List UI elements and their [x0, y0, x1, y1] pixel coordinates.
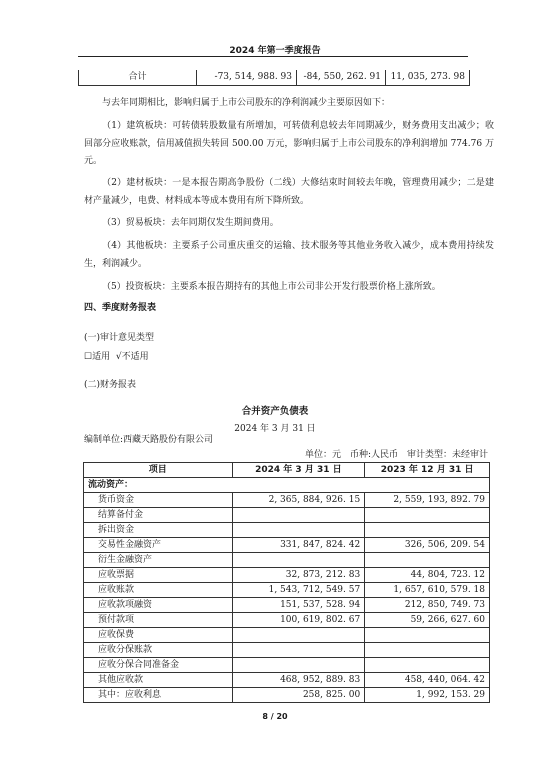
- row-prior: 59, 266, 627. 60: [365, 613, 490, 628]
- row-item: 衍生金融资产: [84, 553, 233, 568]
- row-prior: [365, 658, 490, 673]
- row-item: 应收款项融资: [84, 598, 233, 613]
- subsection-financial-statements: (二)财务报表: [84, 379, 136, 392]
- analysis-item-other: （4）其他板块：主要系子公司重庆重交的运输、技术服务等其他业务收入减少，成本费用…: [84, 238, 494, 273]
- page-number: 8 / 20: [0, 712, 550, 721]
- analysis-item-investment: （5）投资板块：主要系本报告期持有的其他上市公司非公开发行股票价格上涨所致。: [84, 279, 494, 297]
- analysis-intro: 与去年同期相比，影响归属于上市公司股东的净利润减少主要原因如下：: [84, 95, 494, 113]
- row-item: 拆出资金: [84, 523, 233, 538]
- section-row-current-assets: 流动资产：: [84, 478, 490, 493]
- table-row: 应收分保合同准备金: [84, 658, 490, 673]
- analysis-item-materials: （2）建材板块：一是本报告期高争股份（二线）大修结束时间较去年晚，管理费用减少；…: [84, 175, 494, 210]
- balance-sheet-date: 2024 年 3 月 31 日: [0, 421, 550, 434]
- row-item: 应收分保合同准备金: [84, 658, 233, 673]
- table-row: 货币资金2, 365, 884, 926. 152, 559, 193, 892…: [84, 493, 490, 508]
- row-prior: [365, 553, 490, 568]
- table-row: 拆出资金: [84, 523, 490, 538]
- section-label: 流动资产：: [84, 478, 490, 493]
- row-current: 151, 537, 528. 94: [232, 598, 365, 613]
- row-prior: 1, 657, 610, 579. 18: [365, 583, 490, 598]
- preparer-line: 编制单位:西藏天路股份有限公司: [84, 434, 213, 447]
- summary-total-row: 合计 -73, 514, 988. 93 -84, 550, 262. 91 1…: [78, 70, 470, 86]
- analysis-item-trade: （3）贸易板块：去年同期仅发生期间费用。: [84, 215, 494, 233]
- table-row: 应收账款1, 543, 712, 549. 571, 657, 610, 579…: [84, 583, 490, 598]
- option-not-applicable: 不适用: [122, 352, 149, 362]
- row-current: [232, 523, 365, 538]
- row-prior: 1, 992, 153. 29: [365, 688, 490, 703]
- section-heading-financial-statements: 四、季度财务报表: [84, 302, 156, 315]
- table-header-row: 项目 2024 年 3 月 31 日 2023 年 12 月 31 日: [84, 463, 490, 478]
- table-row: 其他应收款468, 952, 889. 83458, 440, 064. 42: [84, 673, 490, 688]
- analysis-item-construction: （1）建筑板块：可转债转股数量有所增加，可转债利息较去年同期减少，财务费用支出减…: [84, 118, 494, 171]
- table-row: 交易性金融资产331, 847, 824. 42326, 506, 209. 5…: [84, 538, 490, 553]
- row-item: 预付款项: [84, 613, 233, 628]
- row-prior: 458, 440, 064. 42: [365, 673, 490, 688]
- row-prior: [365, 628, 490, 643]
- checkbox-unchecked-icon: ☐: [84, 352, 92, 362]
- row-item: 应收账款: [84, 583, 233, 598]
- row-current: 1, 543, 712, 549. 57: [232, 583, 365, 598]
- row-item: 货币资金: [84, 493, 233, 508]
- subsection-audit-opinion: (一)审计意见类型: [84, 332, 154, 345]
- row-item: 交易性金融资产: [84, 538, 233, 553]
- row-current: 100, 619, 802. 67: [232, 613, 365, 628]
- audit-option-group: ☐适用 √不适用: [84, 351, 149, 364]
- balance-sheet-title: 合并资产负债表: [0, 403, 550, 417]
- row-item: 应收保费: [84, 628, 233, 643]
- row-current: [232, 553, 365, 568]
- column-header-item: 项目: [84, 463, 233, 478]
- row-current: 331, 847, 824. 42: [232, 538, 365, 553]
- row-item: 其中：应收利息: [84, 688, 233, 703]
- row-current: [232, 658, 365, 673]
- summary-value-change: 11, 035, 273. 98: [386, 70, 469, 85]
- table-row: 应收保费: [84, 628, 490, 643]
- summary-label: 合计: [79, 70, 197, 85]
- option-applicable: 适用: [92, 352, 110, 362]
- row-current: 32, 873, 212. 83: [232, 568, 365, 583]
- row-current: [232, 643, 365, 658]
- row-prior: 212, 850, 749. 73: [365, 598, 490, 613]
- row-current: 468, 952, 889. 83: [232, 673, 365, 688]
- table-row: 其中：应收利息258, 825. 001, 992, 153. 29: [84, 688, 490, 703]
- table-row: 预付款项100, 619, 802. 6759, 266, 627. 60: [84, 613, 490, 628]
- report-header-title: 2024 年第一季度报告: [0, 43, 550, 56]
- table-row: 应收分保账款: [84, 643, 490, 658]
- row-item: 其他应收款: [84, 673, 233, 688]
- table-row: 衍生金融资产: [84, 553, 490, 568]
- summary-value-prior: -84, 550, 262. 91: [297, 70, 386, 85]
- table-row: 应收款项融资151, 537, 528. 94212, 850, 749. 73: [84, 598, 490, 613]
- row-prior: 44, 804, 723. 12: [365, 568, 490, 583]
- row-prior: [365, 523, 490, 538]
- row-current: [232, 508, 365, 523]
- row-prior: 2, 559, 193, 892. 79: [365, 493, 490, 508]
- row-item: 结算备付金: [84, 508, 233, 523]
- row-current: 2, 365, 884, 926. 15: [232, 493, 365, 508]
- row-current: [232, 628, 365, 643]
- table-row: 应收票据32, 873, 212. 8344, 804, 723. 12: [84, 568, 490, 583]
- column-header-current: 2024 年 3 月 31 日: [232, 463, 365, 478]
- row-current: 258, 825. 00: [232, 688, 365, 703]
- row-prior: [365, 508, 490, 523]
- row-prior: [365, 643, 490, 658]
- row-item: 应收票据: [84, 568, 233, 583]
- unit-currency-line: 单位：元 币种:人民币 审计类型：未经审计: [305, 447, 488, 460]
- table-row: 结算备付金: [84, 508, 490, 523]
- column-header-prior: 2023 年 12 月 31 日: [365, 463, 490, 478]
- row-item: 应收分保账款: [84, 643, 233, 658]
- row-prior: 326, 506, 209. 54: [365, 538, 490, 553]
- balance-sheet-table: 项目 2024 年 3 月 31 日 2023 年 12 月 31 日 流动资产…: [83, 462, 490, 703]
- summary-value-current: -73, 514, 988. 93: [197, 70, 297, 85]
- header-divider: [78, 56, 468, 57]
